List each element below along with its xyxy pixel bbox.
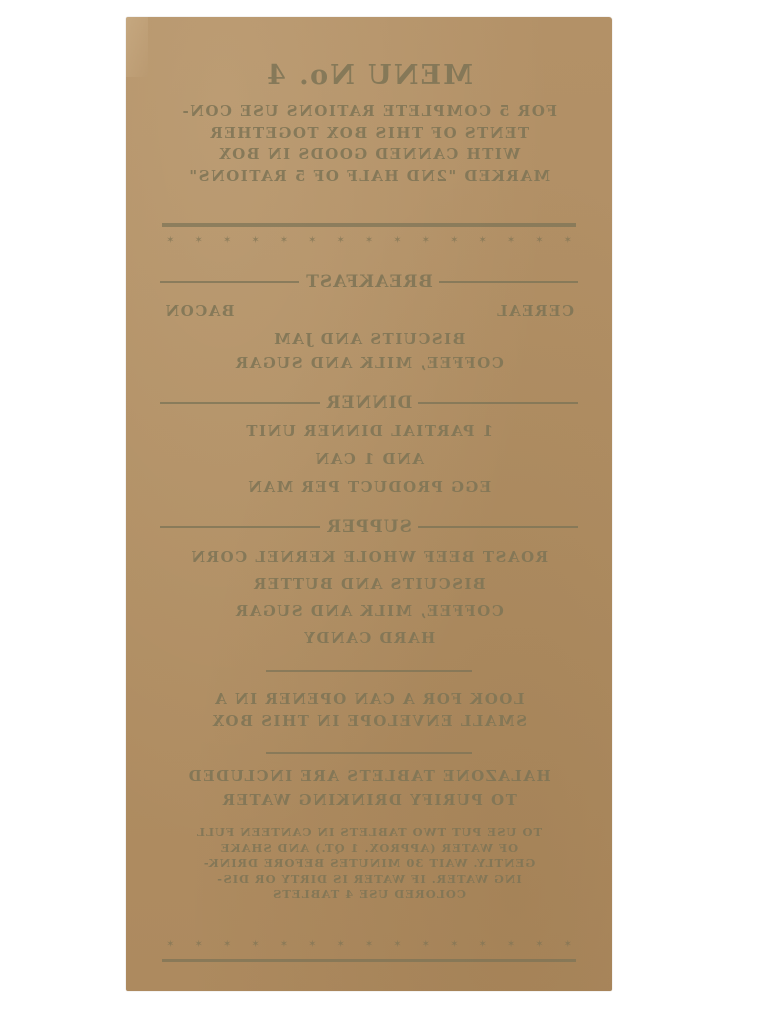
- intro-line: WITH CANNED GOODS IN BOX: [152, 144, 586, 166]
- star-icon: ✶: [535, 235, 543, 246]
- ration-menu-sheet: MENU No. 4 FOR 5 COMPLETE RATIONS USE CO…: [126, 17, 612, 991]
- star-icon: ✶: [393, 235, 401, 246]
- star-icon: ✶: [166, 939, 174, 950]
- heading-rule: [418, 402, 578, 404]
- star-icon: ✶: [308, 235, 316, 246]
- can-opener-note: SMALL ENVELOPE IN THIS BOX: [156, 711, 582, 731]
- star-icon: ✶: [223, 235, 231, 246]
- star-icon: ✶: [507, 939, 515, 950]
- breakfast-item: BISCUITS AND JAM: [156, 329, 582, 349]
- heading-rule: [439, 281, 578, 283]
- dinner-heading: DINNER: [160, 393, 578, 413]
- star-icon: ✶: [336, 939, 344, 950]
- dinner-item: 1 PARTIAL DINNER UNIT: [156, 421, 582, 441]
- dinner-item: EGG PRODUCT PER MAN: [156, 477, 582, 497]
- star-row-top: ✶✶✶✶✶✶✶✶✶✶✶✶✶✶✶: [166, 235, 572, 246]
- divider-rule: [162, 959, 576, 962]
- star-icon: ✶: [365, 235, 373, 246]
- star-icon: ✶: [422, 235, 430, 246]
- intro-line: MARKED "2ND HALF OF 5 RATIONS": [152, 166, 586, 188]
- mirrored-print: MENU No. 4 FOR 5 COMPLETE RATIONS USE CO…: [126, 17, 612, 991]
- star-icon: ✶: [308, 939, 316, 950]
- star-icon: ✶: [564, 235, 572, 246]
- dinner-item: AND 1 CAN: [156, 449, 582, 469]
- supper-heading-label: SUPPER: [320, 517, 418, 537]
- heading-rule: [160, 402, 320, 404]
- halazone-note: TO PURIFY DRINKING WATER: [156, 790, 582, 810]
- star-icon: ✶: [195, 235, 203, 246]
- instruction-line: OF WATER (APPROX. 1 QT.) AND SHAKE: [156, 841, 582, 857]
- instruction-line: TO USE PUT TWO TABLETS IN CANTEEN FULL: [156, 825, 582, 841]
- breakfast-heading-label: BREAKFAST: [299, 272, 439, 292]
- intro-line: TENTS OF THIS BOX TOGETHER: [152, 123, 586, 145]
- star-row-bottom: ✶✶✶✶✶✶✶✶✶✶✶✶✶✶✶: [166, 939, 572, 950]
- star-icon: ✶: [365, 939, 373, 950]
- star-icon: ✶: [251, 235, 259, 246]
- breakfast-item-cereal: CEREAL: [496, 301, 574, 321]
- can-opener-note: LOOK FOR A CAN OPENER IN A: [156, 689, 582, 709]
- intro-text: FOR 5 COMPLETE RATIONS USE CON- TENTS OF…: [152, 101, 586, 187]
- star-icon: ✶: [507, 235, 515, 246]
- breakfast-item: COFFEE, MILK AND SUGAR: [156, 353, 582, 373]
- heading-rule: [160, 526, 320, 528]
- supper-item: HARD CANDY: [156, 628, 582, 648]
- supper-item: COFFEE, MILK AND SUGAR: [156, 601, 582, 621]
- star-icon: ✶: [478, 235, 486, 246]
- halazone-note: HALAZONE TABLETS ARE INCLUDED: [156, 766, 582, 786]
- star-icon: ✶: [336, 235, 344, 246]
- star-icon: ✶: [450, 235, 458, 246]
- intro-line: FOR 5 COMPLETE RATIONS USE CON-: [152, 101, 586, 123]
- star-icon: ✶: [223, 939, 231, 950]
- divider-rule: [162, 223, 576, 227]
- instruction-line: COLORED USE 4 TABLETS: [156, 887, 582, 903]
- breakfast-split-line: CEREAL BACON: [156, 301, 582, 321]
- instruction-line: ING WATER. IF WATER IS DIRTY OR DIS-: [156, 872, 582, 888]
- star-icon: ✶: [280, 939, 288, 950]
- star-icon: ✶: [478, 939, 486, 950]
- menu-title: MENU No. 4: [126, 60, 612, 91]
- breakfast-heading: BREAKFAST: [160, 272, 578, 292]
- heading-rule: [160, 281, 299, 283]
- star-icon: ✶: [251, 939, 259, 950]
- divider-rule: [266, 752, 472, 754]
- divider-rule: [266, 670, 472, 672]
- star-icon: ✶: [450, 939, 458, 950]
- dinner-heading-label: DINNER: [320, 393, 419, 413]
- supper-item: ROAST BEEF WHOLE KERNEL CORN: [156, 547, 582, 567]
- star-icon: ✶: [393, 939, 401, 950]
- star-icon: ✶: [280, 235, 288, 246]
- supper-heading: SUPPER: [160, 517, 578, 537]
- star-icon: ✶: [195, 939, 203, 950]
- star-icon: ✶: [166, 235, 174, 246]
- water-instructions: TO USE PUT TWO TABLETS IN CANTEEN FULL O…: [156, 825, 582, 903]
- star-icon: ✶: [422, 939, 430, 950]
- heading-rule: [418, 526, 578, 528]
- supper-item: BISCUITS AND BUTTER: [156, 574, 582, 594]
- star-icon: ✶: [564, 939, 572, 950]
- star-icon: ✶: [535, 939, 543, 950]
- instruction-line: GENTLY. WAIT 30 MINUTES BEFORE DRINK-: [156, 856, 582, 872]
- breakfast-item-bacon: BACON: [164, 301, 235, 321]
